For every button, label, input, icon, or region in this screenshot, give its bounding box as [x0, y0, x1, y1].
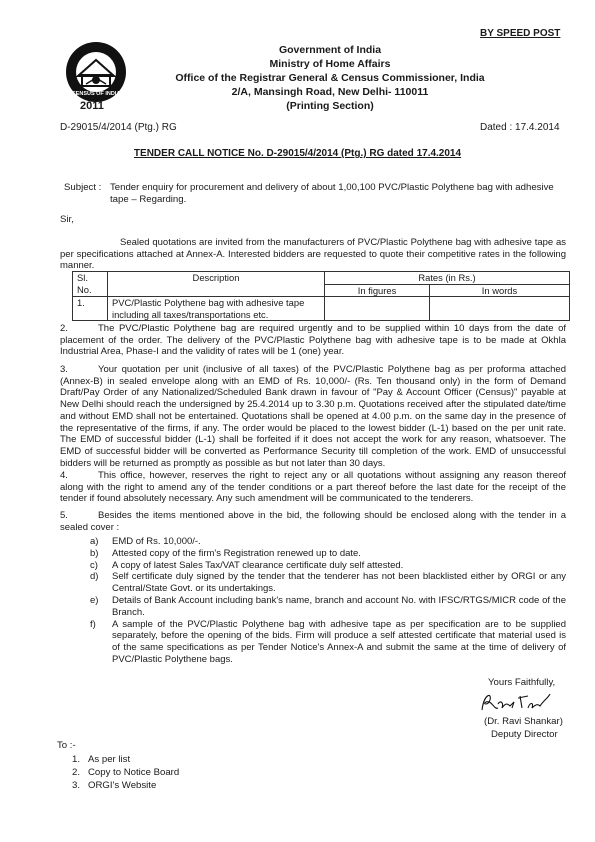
paragraph-1: Sealed quotations are invited from the m… — [60, 237, 566, 272]
header-line-address: 2/A, Mansingh Road, New Delhi- 110011 — [130, 86, 530, 98]
dispatch-mode: BY SPEED POST — [480, 28, 560, 39]
paragraph-2-num: 2. — [60, 323, 98, 335]
reference-number: D-29015/4/2014 (Ptg.) RG — [60, 122, 177, 133]
enclosure-item: a)EMD of Rs. 10,000/-. — [90, 536, 566, 548]
paragraph-5-num: 5. — [60, 510, 98, 522]
subject-label: Subject : — [64, 182, 101, 194]
enclosure-item: c)A copy of latest Sales Tax/VAT clearan… — [90, 560, 566, 572]
header-line-government: Government of India — [130, 44, 530, 56]
paragraph-5-text: Besides the items mentioned above in the… — [60, 510, 566, 533]
signature-icon — [478, 690, 558, 714]
enclosure-item: b)Attested copy of the firm's Registrati… — [90, 548, 566, 560]
col-in-words: In words — [430, 284, 570, 297]
enclosure-item: e)Details of Bank Account including bank… — [90, 595, 566, 619]
paragraph-1-text: Sealed quotations are invited from the m… — [60, 237, 566, 271]
signatory-designation: Deputy Director — [491, 729, 558, 740]
logo-year: 2011 — [80, 100, 104, 112]
paragraph-2: 2.The PVC/Plastic Polythene bag are requ… — [60, 323, 566, 358]
cell-in-words[interactable] — [430, 297, 570, 321]
paragraph-3: 3.Your quotation per unit (inclusive of … — [60, 364, 566, 469]
paragraph-2-text: The PVC/Plastic Polythene bag are requir… — [60, 323, 566, 357]
paragraph-4: 4.This office, however, reserves the rig… — [60, 470, 566, 505]
distribution-item: 1.As per list — [72, 754, 130, 765]
subject-text: Tender enquiry for procurement and deliv… — [110, 182, 560, 206]
paragraph-4-num: 4. — [60, 470, 98, 482]
col-sl-no: Sl. No. — [73, 272, 108, 297]
col-in-figures: In figures — [325, 284, 430, 297]
paragraph-5: 5.Besides the items mentioned above in t… — [60, 510, 566, 533]
enclosure-item: d)Self certificate duly signed by the te… — [90, 571, 566, 595]
valediction: Yours Faithfully, — [488, 677, 555, 688]
distribution-item: 2.Copy to Notice Board — [72, 767, 179, 778]
paragraph-3-num: 3. — [60, 364, 98, 376]
signatory-name: (Dr. Ravi Shankar) — [484, 716, 563, 727]
document-date: Dated : 17.4.2014 — [480, 122, 560, 133]
col-rates: Rates (in Rs.) — [325, 272, 570, 285]
distribution-label: To :- — [57, 740, 76, 751]
cell-in-figures[interactable] — [325, 297, 430, 321]
col-description: Description — [108, 272, 325, 297]
salutation: Sir, — [60, 214, 74, 225]
notice-title: TENDER CALL NOTICE No. D-29015/4/2014 (P… — [0, 148, 595, 159]
census-emblem-icon: CENSUS OF INDIA — [64, 40, 128, 104]
distribution-item: 3.ORGI's Website — [72, 780, 156, 791]
paragraph-3-text: Your quotation per unit (inclusive of al… — [60, 364, 566, 469]
svg-text:CENSUS OF INDIA: CENSUS OF INDIA — [72, 91, 121, 97]
table-row: 1. PVC/Plastic Polythene bag with adhesi… — [73, 297, 570, 321]
enclosure-list: a)EMD of Rs. 10,000/-. b)Attested copy o… — [90, 536, 566, 666]
header-line-ministry: Ministry of Home Affairs — [130, 58, 530, 70]
rate-table: Sl. No. Description Rates (in Rs.) In fi… — [72, 271, 570, 321]
header-line-section: (Printing Section) — [130, 100, 530, 112]
enclosure-item: f)A sample of the PVC/Plastic Polythene … — [90, 619, 566, 666]
header-line-office: Office of the Registrar General & Census… — [130, 72, 530, 84]
cell-sl: 1. — [73, 297, 108, 321]
cell-description: PVC/Plastic Polythene bag with adhesive … — [108, 297, 325, 321]
paragraph-4-text: This office, however, reserves the right… — [60, 470, 566, 504]
